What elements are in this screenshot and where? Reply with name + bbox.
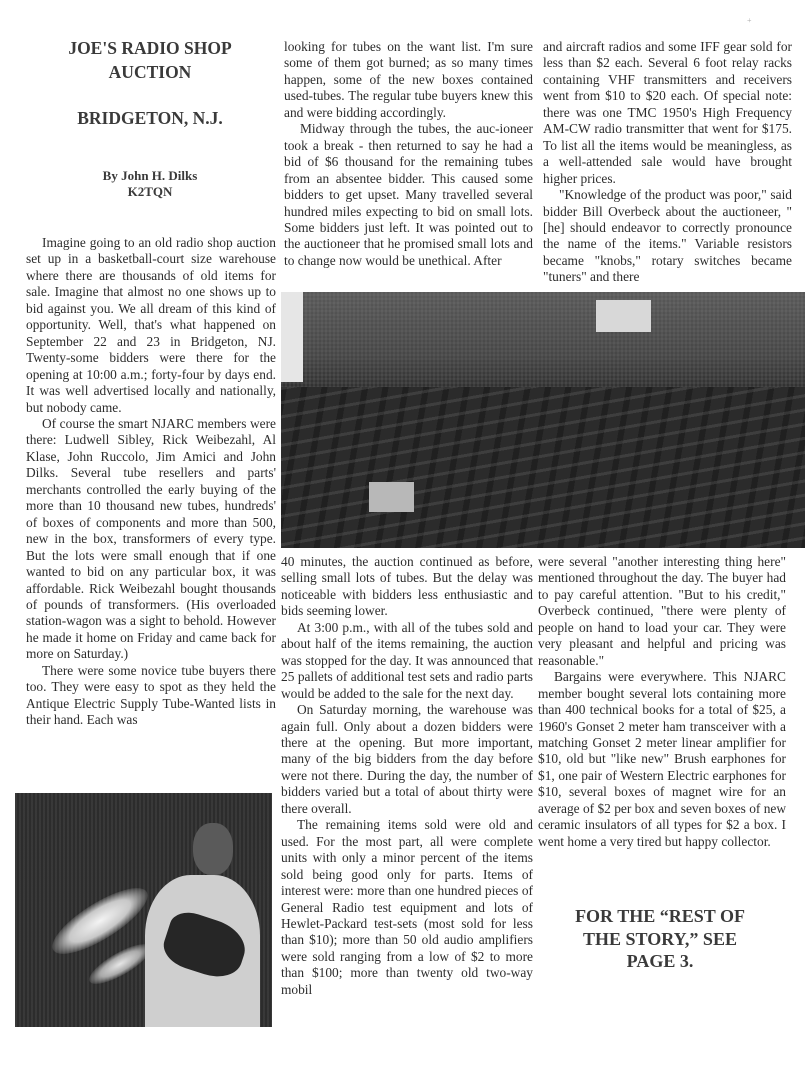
middle-column-bottom: 40 minutes, the auction continued as bef… [281,554,533,998]
left-column: Imagine going to an old radio shop aucti… [26,235,276,729]
photo-person-head [193,823,233,875]
right-column-top: and aircraft radios and some IFF gear so… [543,39,792,286]
paragraph: Midway through the tubes, the auc-ioneer… [284,121,533,269]
paragraph: Of course the smart NJARC members were t… [26,416,276,663]
photo-sign [369,482,414,512]
paragraph: On Saturday morning, the warehouse was a… [281,702,533,817]
location-heading: BRIDGETON, N.J. [30,106,270,130]
paragraph: "Knowledge of the product was poor," sai… [543,187,792,286]
scan-mark: + [747,16,752,25]
paragraph: looking for tubes on the want list. I'm … [284,39,533,121]
paragraph: 40 minutes, the auction continued as bef… [281,554,533,620]
photo-window [596,300,651,332]
paragraph: Imagine going to an old radio shop aucti… [26,235,276,416]
right-column-bottom: were several "another interesting thing … [538,554,786,850]
paragraph: and aircraft radios and some IFF gear so… [543,39,792,187]
paragraph: There were some novice tube buyers there… [26,663,276,729]
person-holding-tube-photo [15,793,272,1027]
author-callsign: K2TQN [30,184,270,200]
author-name: By John H. Dilks [30,168,270,184]
article-title: JOE'S RADIO SHOP AUCTION [30,36,270,84]
paragraph: At 3:00 p.m., with all of the tubes sold… [281,620,533,702]
warehouse-auction-photo [281,292,805,548]
callout-line-1: FOR THE “REST OF [555,905,765,928]
photo-tables-of-items [281,387,805,548]
paragraph: were several "another interesting thing … [538,554,786,669]
title-line-2: AUCTION [30,60,270,84]
callout-line-2: THE STORY,” SEE [555,928,765,951]
paragraph: Bargains were everywhere. This NJARC mem… [538,669,786,850]
byline: By John H. Dilks K2TQN [30,168,270,200]
callout-line-3: PAGE 3. [555,950,765,973]
title-line-1: JOE'S RADIO SHOP [30,36,270,60]
photo-wall-highlight [281,292,303,382]
paragraph: The remaining items sold were old and us… [281,817,533,998]
continued-callout: FOR THE “REST OF THE STORY,” SEE PAGE 3. [555,905,765,973]
middle-column-top: looking for tubes on the want list. I'm … [284,39,533,269]
